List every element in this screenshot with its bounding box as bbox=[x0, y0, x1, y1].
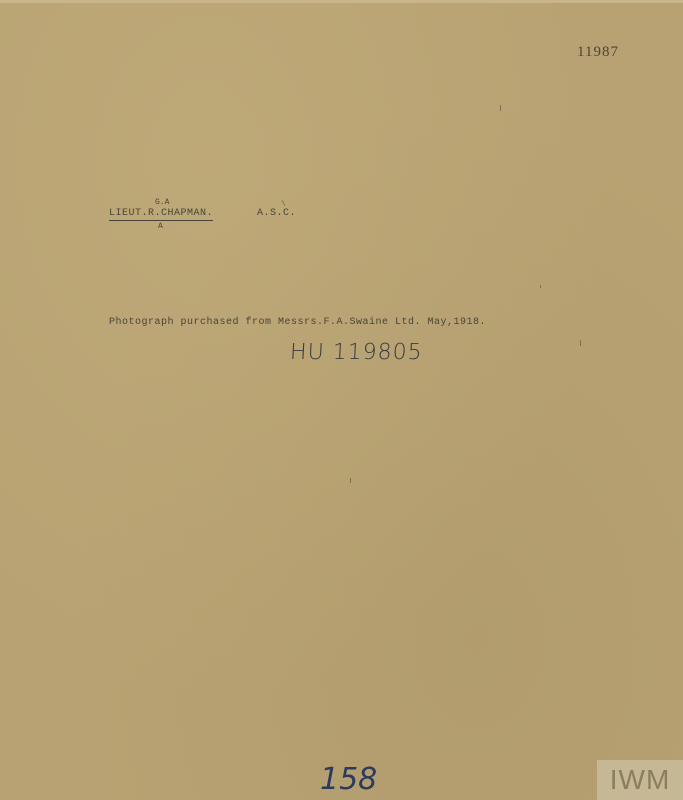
name-initials-annotation: G.A bbox=[155, 198, 169, 207]
paper-fleck bbox=[580, 340, 581, 346]
paper-fleck bbox=[540, 285, 541, 288]
provenance-note: Photograph purchased from Messrs.F.A.Swa… bbox=[109, 317, 486, 328]
officer-name: LIEUT.R.CHAPMAN. bbox=[109, 208, 213, 221]
unit-label: A.S.C. bbox=[257, 208, 296, 219]
iwm-watermark-logo: IWM bbox=[597, 760, 683, 800]
paper-fleck bbox=[282, 200, 286, 206]
reference-number: 11987 bbox=[577, 44, 619, 61]
handwritten-page-number: 158 bbox=[320, 762, 377, 797]
handwritten-catalogue-number: HU 119805 bbox=[289, 340, 423, 365]
insert-caret-mark: A bbox=[158, 222, 163, 231]
paper-fleck bbox=[500, 105, 501, 111]
paper-fleck bbox=[350, 478, 351, 483]
paper-top-edge bbox=[0, 0, 683, 3]
